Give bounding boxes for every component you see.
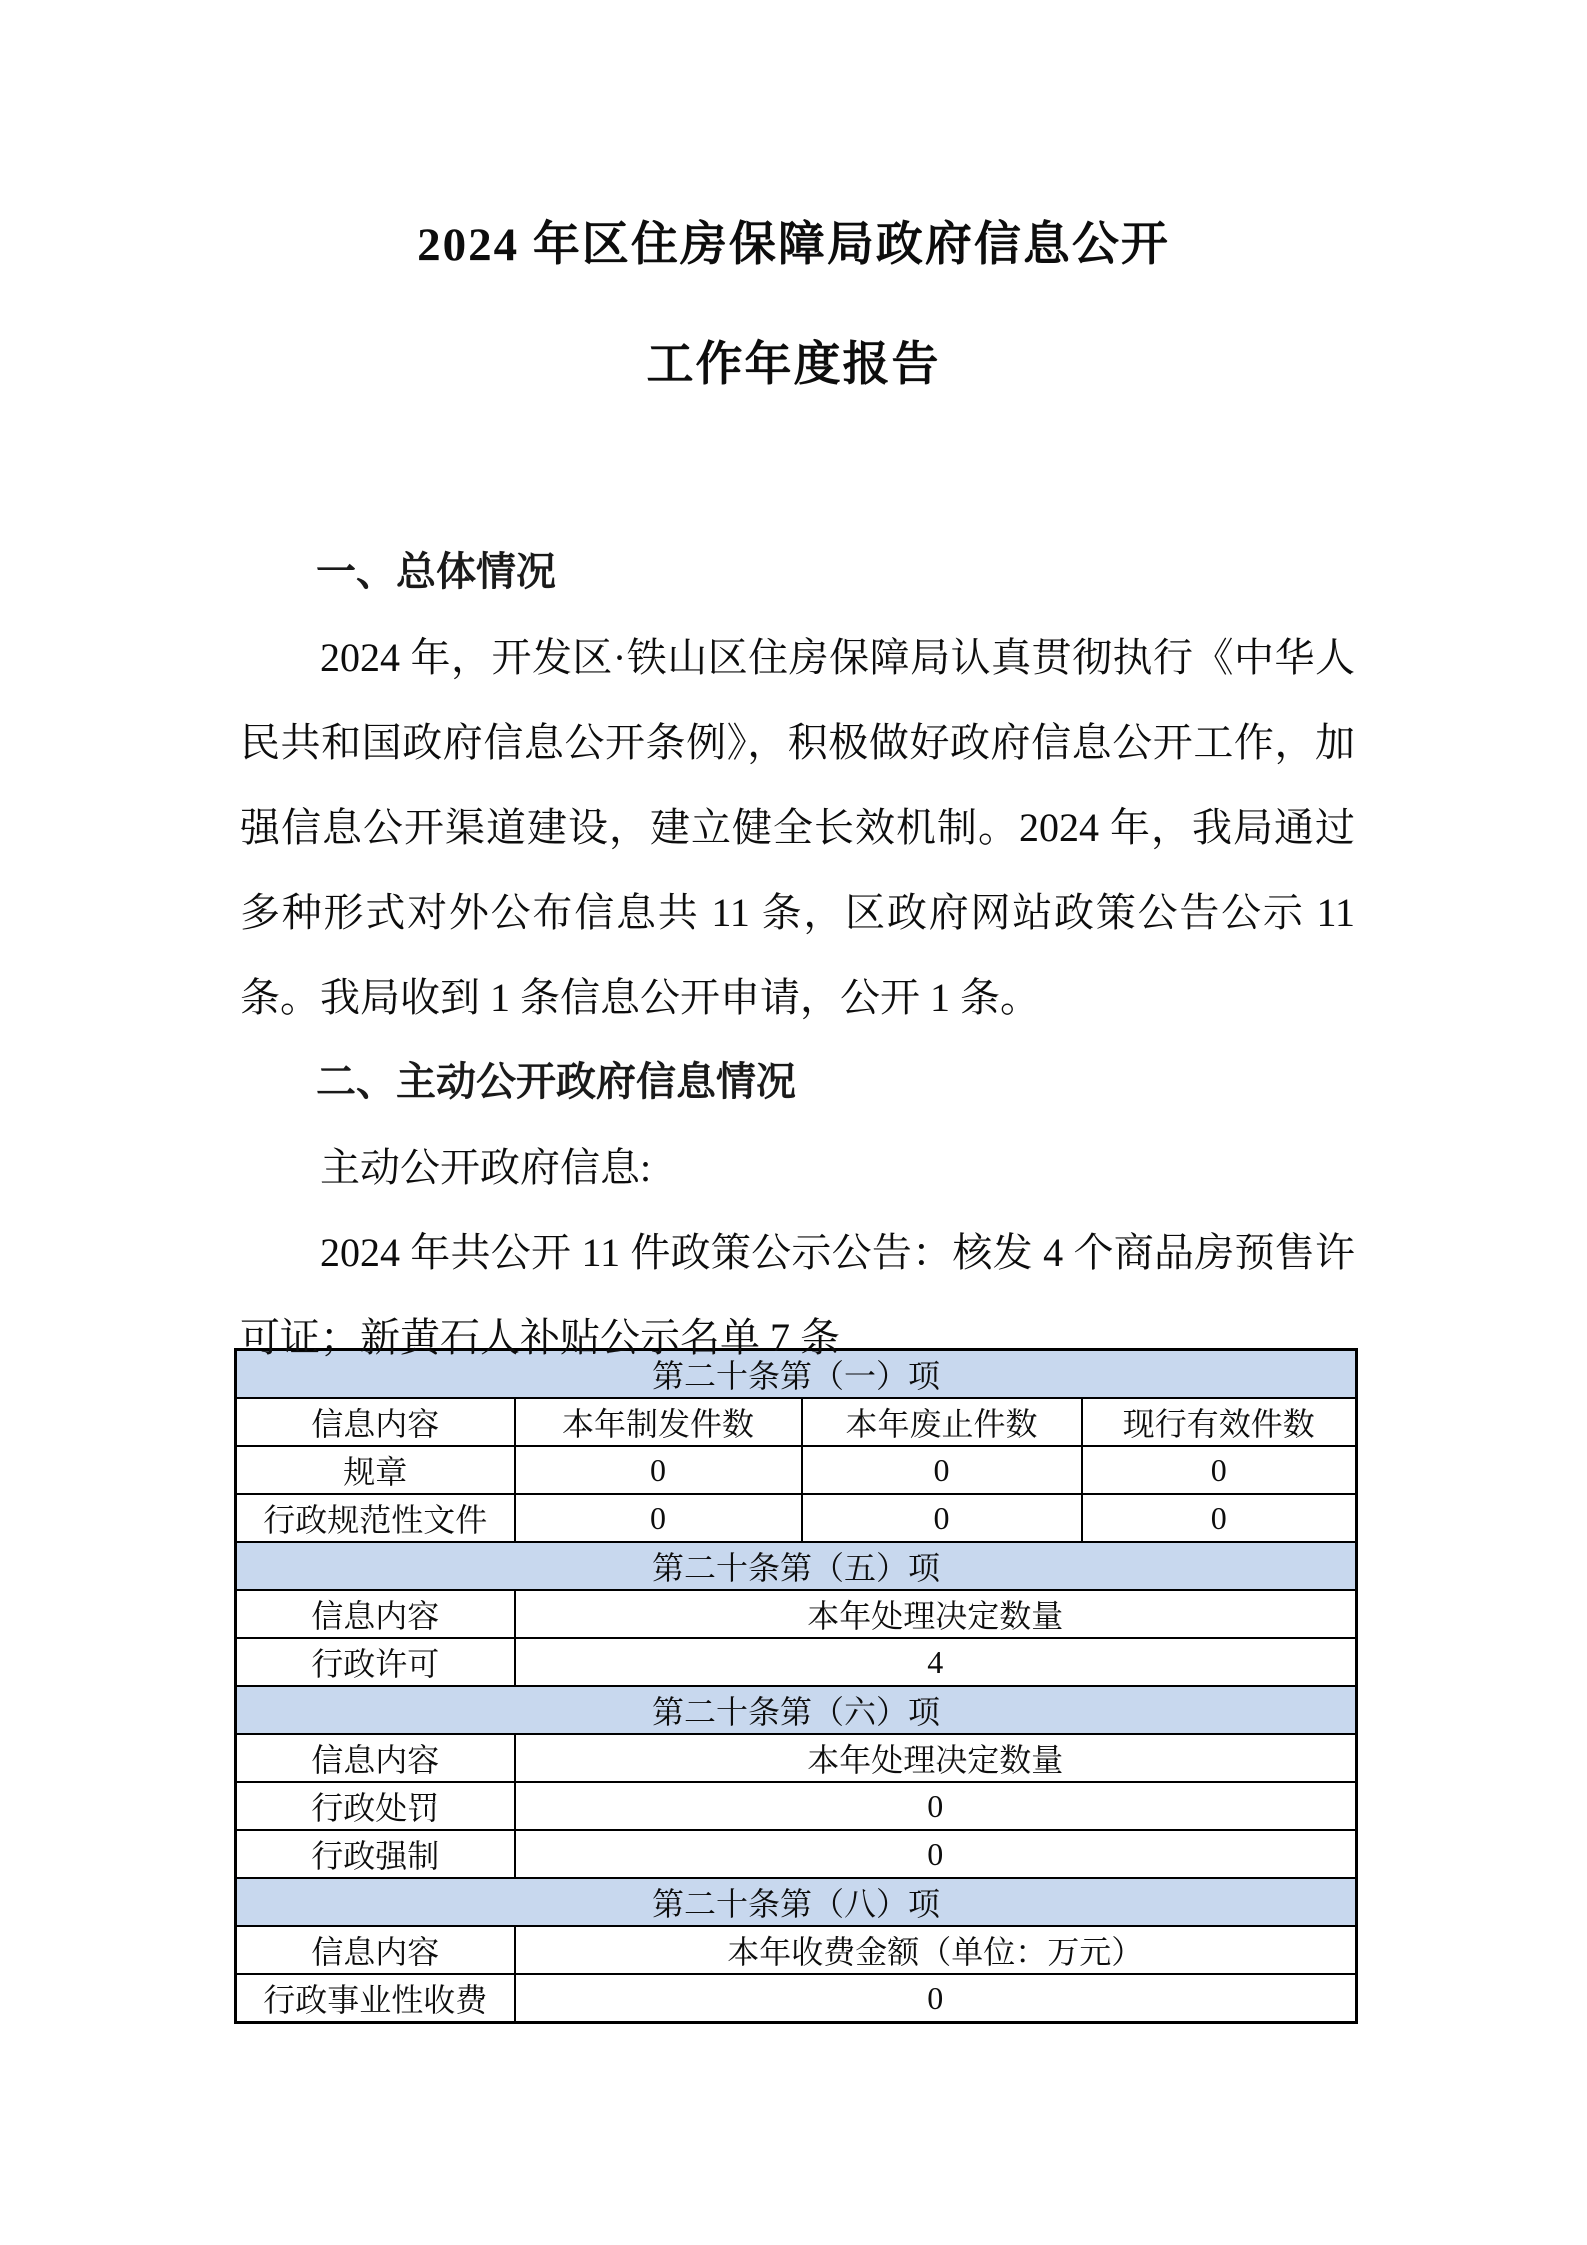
table-header-cell: 信息内容 (236, 1734, 515, 1782)
table-header-cell: 本年处理决定数量 (515, 1590, 1357, 1638)
table-data-cell: 0 (1082, 1494, 1357, 1542)
document-body: 一、总体情况 2024 年，开发区·铁山区住房保障局认真贯彻执行《中华人民共和国… (0, 530, 1587, 2024)
section-heading-overview: 一、总体情况 (240, 530, 1355, 615)
document-page: 2024 年区住房保障局政府信息公开 工作年度报告 一、总体情况 2024 年，… (0, 0, 1587, 2245)
table-data-row: 行政强制0 (236, 1830, 1357, 1878)
table-header-cell: 本年收费金额（单位：万元） (515, 1926, 1357, 1974)
table-data-cell: 4 (515, 1638, 1357, 1686)
table-header-cell: 信息内容 (236, 1926, 515, 1974)
table-data-cell: 0 (515, 1782, 1357, 1830)
table-section-row: 第二十条第（六）项 (236, 1686, 1357, 1734)
table-section-row: 第二十条第（八）项 (236, 1878, 1357, 1926)
table-section-row: 第二十条第（五）项 (236, 1542, 1357, 1590)
table-header-row: 信息内容本年收费金额（单位：万元） (236, 1926, 1357, 1974)
document-title: 2024 年区住房保障局政府信息公开 工作年度报告 (0, 0, 1587, 425)
table-header-cell: 本年制发件数 (515, 1398, 802, 1446)
document-title-line2: 工作年度报告 (0, 305, 1587, 425)
table-data-cell: 0 (515, 1974, 1357, 2023)
document-title-line1: 2024 年区住房保障局政府信息公开 (0, 185, 1587, 305)
table-data-cell: 0 (1082, 1446, 1357, 1494)
table-header-cell: 本年废止件数 (802, 1398, 1082, 1446)
section-heading-proactive-disclosure: 二、主动公开政府信息情况 (240, 1040, 1355, 1125)
table-data-cell: 行政强制 (236, 1830, 515, 1878)
table-data-cell: 0 (515, 1830, 1357, 1878)
table-section-title: 第二十条第（八）项 (236, 1878, 1357, 1926)
table-header-row: 信息内容本年处理决定数量 (236, 1590, 1357, 1638)
table-header-cell: 本年处理决定数量 (515, 1734, 1357, 1782)
disclosure-statistics-table: 第二十条第（一）项信息内容本年制发件数本年废止件数现行有效件数规章000行政规范… (234, 1348, 1358, 2024)
table-section-title: 第二十条第（六）项 (236, 1686, 1357, 1734)
table-header-cell: 信息内容 (236, 1590, 515, 1638)
table-data-cell: 规章 (236, 1446, 515, 1494)
table-data-cell: 0 (515, 1446, 802, 1494)
table-data-cell: 行政处罚 (236, 1782, 515, 1830)
table-data-cell: 行政许可 (236, 1638, 515, 1686)
table-data-cell: 行政规范性文件 (236, 1494, 515, 1542)
table-header-row: 信息内容本年处理决定数量 (236, 1734, 1357, 1782)
proactive-disclosure-intro: 主动公开政府信息: (240, 1125, 1355, 1210)
overview-paragraph: 2024 年，开发区·铁山区住房保障局认真贯彻执行《中华人民共和国政府信息公开条… (240, 615, 1355, 1040)
table-header-row: 信息内容本年制发件数本年废止件数现行有效件数 (236, 1398, 1357, 1446)
table-data-cell: 行政事业性收费 (236, 1974, 515, 2023)
table-data-row: 行政规范性文件000 (236, 1494, 1357, 1542)
table-header-cell: 现行有效件数 (1082, 1398, 1357, 1446)
table-data-cell: 0 (802, 1446, 1082, 1494)
table-data-cell: 0 (802, 1494, 1082, 1542)
table-header-cell: 信息内容 (236, 1398, 515, 1446)
table-data-cell: 0 (515, 1494, 802, 1542)
table-data-row: 行政事业性收费0 (236, 1974, 1357, 2023)
table-data-row: 规章000 (236, 1446, 1357, 1494)
table-data-row: 行政处罚0 (236, 1782, 1357, 1830)
table-section-title: 第二十条第（五）项 (236, 1542, 1357, 1590)
table-data-row: 行政许可4 (236, 1638, 1357, 1686)
